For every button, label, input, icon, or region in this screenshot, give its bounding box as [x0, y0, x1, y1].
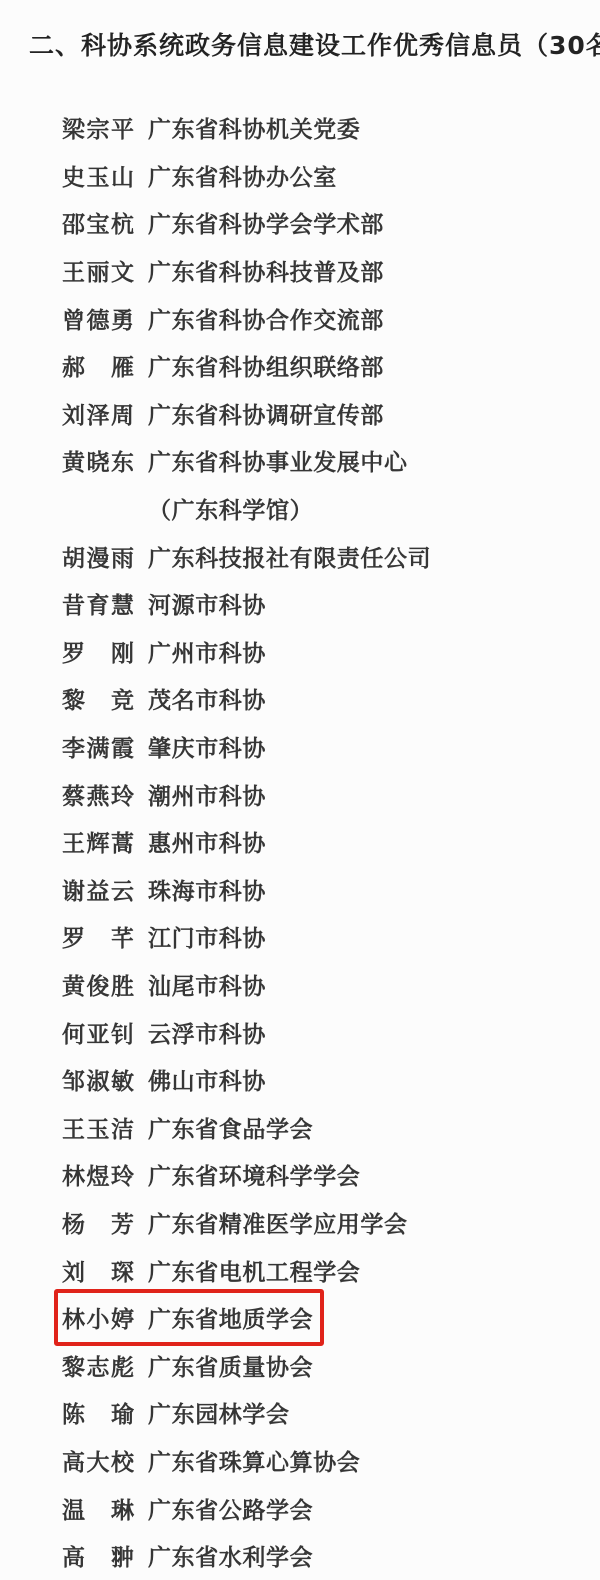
awardee-org: 潮州市科协	[148, 778, 266, 811]
awardee-org: 江门市科协	[148, 920, 266, 953]
awardee-org: 广东省科协合作交流部	[148, 302, 384, 335]
list-item: 高 翀广东省水利学会	[62, 1532, 431, 1580]
awardee-name: 温 琳	[62, 1492, 134, 1525]
awardee-org: 河源市科协	[148, 587, 266, 620]
awardee-org: 茂名市科协	[148, 682, 266, 715]
awardee-org: 汕尾市科协	[148, 968, 266, 1001]
awardee-name: 邹淑敏	[62, 1063, 134, 1096]
list-item: 蔡燕玲潮州市科协	[62, 770, 431, 818]
awardee-name: 王丽文	[62, 254, 134, 287]
awardee-name: 黄俊胜	[62, 968, 134, 1001]
list-item: 陈 瑜广东园林学会	[62, 1389, 431, 1437]
list-item: 邵宝杭广东省科协学会学术部	[62, 199, 431, 247]
awardee-name: 杨 芳	[62, 1206, 134, 1239]
list-item: 王玉洁广东省食品学会	[62, 1103, 431, 1151]
awardee-org: 广州市科协	[148, 635, 266, 668]
list-item: 黎 竞茂名市科协	[62, 675, 431, 723]
awardee-org: 惠州市科协	[148, 825, 266, 858]
awardee-name: 何亚钊	[62, 1016, 134, 1049]
awardee-name: 李满霞	[62, 730, 134, 763]
awardee-name: 罗 刚	[62, 635, 134, 668]
awardee-org: （广东科学馆）	[148, 492, 313, 525]
awardee-org: 广东省科协机关党委	[148, 111, 360, 144]
awardee-list: 梁宗平广东省科协机关党委史玉山广东省科协办公室邵宝杭广东省科协学会学术部王丽文广…	[62, 104, 431, 1579]
awardee-org: 佛山市科协	[148, 1063, 266, 1096]
awardee-name: 林煜玲	[62, 1158, 134, 1191]
list-item: 高大校广东省珠算心算协会	[62, 1437, 431, 1485]
list-item: 郝 雁广东省科协组织联络部	[62, 342, 431, 390]
awardee-org: 云浮市科协	[148, 1016, 266, 1049]
list-item: 邹淑敏佛山市科协	[62, 1056, 431, 1104]
list-item: 曾德勇广东省科协合作交流部	[62, 294, 431, 342]
awardee-org: 广东园林学会	[148, 1396, 290, 1429]
awardee-org: 广东省科协事业发展中心	[148, 444, 408, 477]
awardee-name: 刘泽周	[62, 397, 134, 430]
awardee-name: 昔育慧	[62, 587, 134, 620]
awardee-org: 广东省电机工程学会	[148, 1254, 360, 1287]
list-item: 何亚钊云浮市科协	[62, 1008, 431, 1056]
awardee-org: 广东省公路学会	[148, 1492, 313, 1525]
list-item: 王辉蒿惠州市科协	[62, 818, 431, 866]
awardee-name: 罗 芊	[62, 920, 134, 953]
awardee-name: 史玉山	[62, 159, 134, 192]
awardee-org: 广东省科协办公室	[148, 159, 337, 192]
list-item: 昔育慧河源市科协	[62, 580, 431, 628]
list-item: 刘 琛广东省电机工程学会	[62, 1246, 431, 1294]
list-item: 温 琳广东省公路学会	[62, 1484, 431, 1532]
list-item: （广东科学馆）	[62, 485, 431, 533]
awardee-name: 蔡燕玲	[62, 778, 134, 811]
awardee-org: 广东省食品学会	[148, 1111, 313, 1144]
awardee-org: 广东省水利学会	[148, 1539, 313, 1572]
awardee-name: 梁宗平	[62, 111, 134, 144]
list-item: 谢益云珠海市科协	[62, 866, 431, 914]
awardee-org: 广东省质量协会	[148, 1349, 313, 1382]
awardee-name: 王辉蒿	[62, 825, 134, 858]
list-item: 林煜玲广东省环境科学学会	[62, 1151, 431, 1199]
awardee-name: 谢益云	[62, 873, 134, 906]
list-item: 李满霞肇庆市科协	[62, 723, 431, 771]
list-item: 王丽文广东省科协科技普及部	[62, 247, 431, 295]
list-item: 黎志彪广东省质量协会	[62, 1341, 431, 1389]
awardee-org: 肇庆市科协	[148, 730, 266, 763]
awardee-org: 广东科技报社有限责任公司	[148, 540, 431, 573]
document-page: 二、科协系统政务信息建设工作优秀信息员（30名） 梁宗平广东省科协机关党委史玉山…	[0, 0, 600, 1580]
awardee-name: 曾德勇	[62, 302, 134, 335]
awardee-org: 广东省环境科学学会	[148, 1158, 360, 1191]
page-title: 二、科协系统政务信息建设工作优秀信息员（30名）	[29, 26, 600, 62]
awardee-name: 郝 雁	[62, 349, 134, 382]
awardee-org: 广东省科协调研宣传部	[148, 397, 384, 430]
list-item: 黄晓东广东省科协事业发展中心	[62, 437, 431, 485]
awardee-name: 王玉洁	[62, 1111, 134, 1144]
awardee-name: 黎志彪	[62, 1349, 134, 1382]
list-item: 杨 芳广东省精准医学应用学会	[62, 1199, 431, 1247]
list-item: 黄俊胜汕尾市科协	[62, 961, 431, 1009]
awardee-org: 珠海市科协	[148, 873, 266, 906]
list-item: 梁宗平广东省科协机关党委	[62, 104, 431, 152]
list-item: 史玉山广东省科协办公室	[62, 152, 431, 200]
awardee-name: 刘 琛	[62, 1254, 134, 1287]
awardee-org: 广东省珠算心算协会	[148, 1444, 360, 1477]
awardee-org: 广东省科协学会学术部	[148, 206, 384, 239]
awardee-name: 林小婷	[62, 1301, 134, 1334]
awardee-org: 广东省精准医学应用学会	[148, 1206, 408, 1239]
awardee-name: 陈 瑜	[62, 1396, 134, 1429]
awardee-org: 广东省科协科技普及部	[148, 254, 384, 287]
awardee-org: 广东省科协组织联络部	[148, 349, 384, 382]
list-item: 罗 芊江门市科协	[62, 913, 431, 961]
awardee-name: 高大校	[62, 1444, 134, 1477]
awardee-name: 黄晓东	[62, 444, 134, 477]
list-item: 罗 刚广州市科协	[62, 628, 431, 676]
awardee-name: 黎 竞	[62, 682, 134, 715]
awardee-org: 广东省地质学会	[148, 1301, 313, 1334]
list-item: 刘泽周广东省科协调研宣传部	[62, 390, 431, 438]
awardee-name: 高 翀	[62, 1539, 134, 1572]
awardee-name: 胡漫雨	[62, 540, 134, 573]
awardee-name: 邵宝杭	[62, 206, 134, 239]
list-item: 胡漫雨广东科技报社有限责任公司	[62, 532, 431, 580]
list-item: 林小婷广东省地质学会	[62, 1294, 431, 1342]
